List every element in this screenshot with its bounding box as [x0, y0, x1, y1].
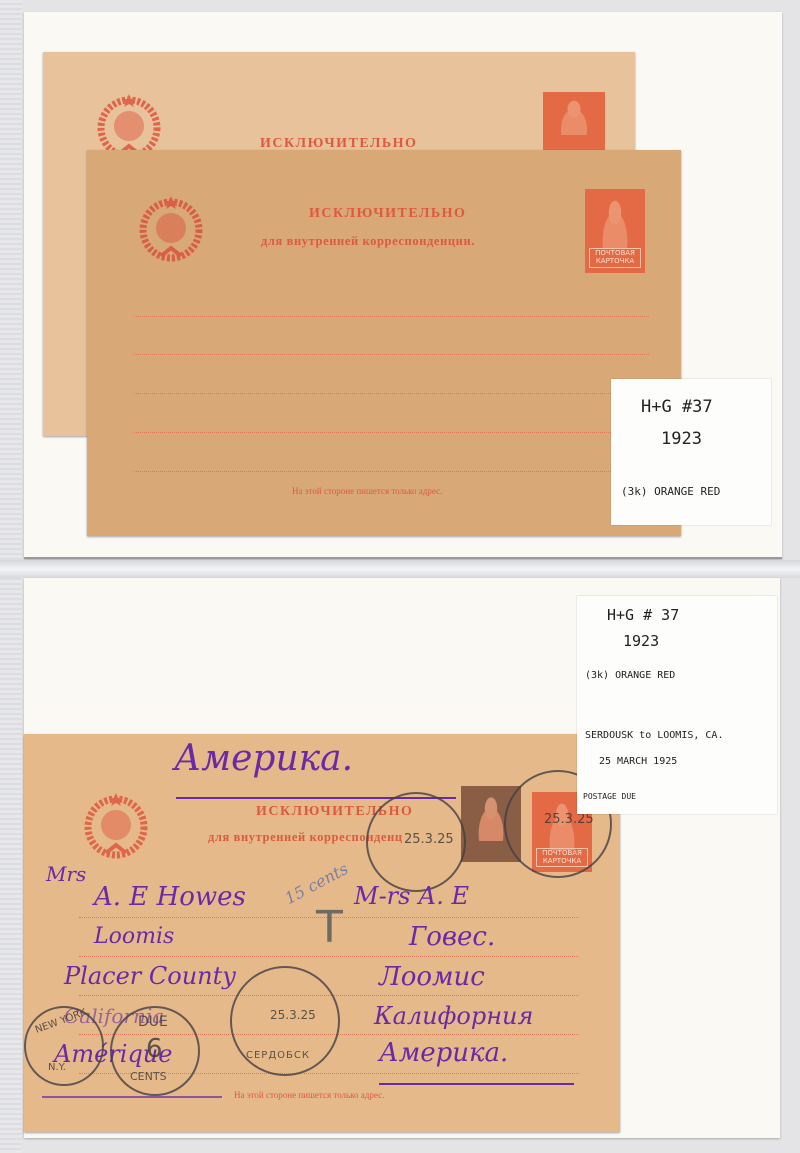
serdobsk-postmark: СЕРДОБСК 25.3.25 [230, 966, 340, 1076]
address-ru-state: Калифорния [374, 1002, 533, 1030]
header-domestic: для внутренней корреспонденции. [261, 234, 475, 249]
note-catalog: H+G #37 [641, 397, 713, 417]
underline [379, 1083, 574, 1085]
catalog-note-lower: H+G # 37 1923 (3k) ORANGE RED SERDOUSK t… [577, 596, 777, 814]
address-line [134, 354, 649, 355]
address-line [134, 471, 649, 472]
pencil-notation: 15 cents [282, 859, 352, 908]
address-title: Mrs [46, 862, 86, 886]
note-year: 1923 [623, 632, 659, 650]
sleeve-divider [0, 560, 800, 578]
destination-script: Америка. [174, 738, 353, 779]
address-line [134, 316, 649, 317]
note-year: 1923 [661, 429, 702, 449]
ussr-emblem-icon [135, 192, 207, 264]
note-catalog: H+G # 37 [607, 606, 679, 624]
address-line [134, 393, 649, 394]
stamp-label: ПОЧТОВАЯ КАРТОЧКА [589, 248, 642, 268]
postcard-used-to-usa: Америка. ИСКЛЮЧИТЕЛЬНО для внутренней ко… [24, 734, 620, 1132]
footer-note: На этой стороне пишется только адрес. [292, 486, 442, 496]
header-exclusively: ИСКЛЮЧИТЕЛЬНО [309, 206, 466, 222]
underline [42, 1096, 222, 1098]
catalog-note-upper: H+G #37 1923 (3k) ORANGE RED [611, 379, 771, 525]
address-county: Placer County [64, 962, 236, 990]
ussr-emblem-icon [80, 789, 152, 861]
new-york-postmark: NEW YORK N.Y. [24, 1006, 104, 1086]
note-route: SERDOUSK to LOOMIS, CA. [585, 730, 723, 741]
address-ru-country: Америка. [379, 1038, 508, 1068]
tax-mark: T [316, 902, 343, 953]
footer-note: На этой стороне пишется только адрес. [234, 1090, 384, 1100]
address-line [134, 432, 649, 433]
note-date: 25 MARCH 1925 [599, 756, 677, 767]
postmark-cancel: 25.3.25 [366, 792, 466, 892]
address-ru-name: М-rs А. Е [354, 882, 469, 910]
postcard-front-unused: ИСКЛЮЧИТЕЛЬНО для внутренней корреспонде… [87, 150, 681, 536]
address-line [79, 956, 579, 957]
worker-bust-icon [596, 197, 634, 249]
postage-due-mark: DUE 6 CENTS [110, 1006, 200, 1096]
address-ru-town: Лоомис [379, 962, 485, 992]
worker-bust-icon [554, 98, 594, 135]
note-description: (3k) ORANGE RED [621, 485, 720, 498]
imprinted-stamp [543, 92, 605, 152]
address-ru-surname: Говес. [409, 922, 495, 952]
imprinted-stamp: ПОЧТОВАЯ КАРТОЧКА [585, 189, 645, 273]
note-postage: POSTAGE DUE [583, 792, 636, 801]
address-town: Loomis [94, 924, 174, 949]
note-description: (3k) ORANGE RED [585, 670, 675, 681]
address-name: A. E Howes [94, 882, 246, 912]
